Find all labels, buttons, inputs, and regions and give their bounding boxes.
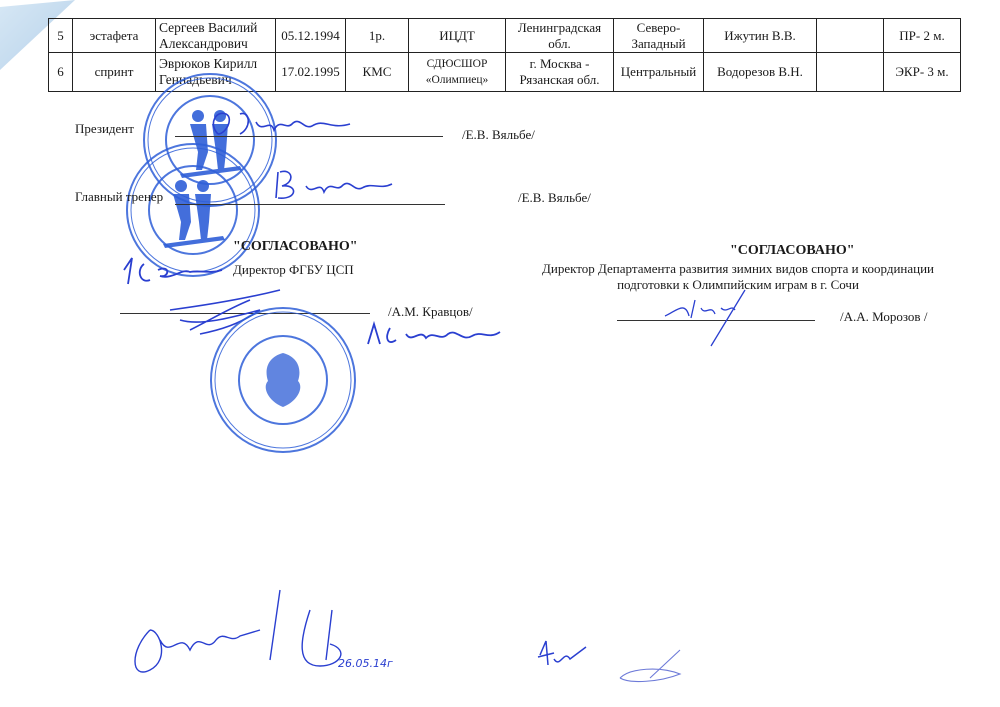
- birth-date: 05.12.1994: [276, 19, 346, 53]
- coach: Ижутин В.В.: [704, 19, 817, 53]
- approval-name-right: /А.А. Морозов /: [840, 309, 927, 325]
- school: СДЮСШОР«Олимпиец»: [409, 53, 506, 92]
- coach: Водорезов В.Н.: [704, 53, 817, 92]
- head-coach-signature-icon: [262, 164, 412, 204]
- row-number: 5: [49, 19, 73, 53]
- table-row: 5 эстафета Сергеев ВасилийАлександрович …: [49, 19, 961, 53]
- rank: КМС: [346, 53, 409, 92]
- rank: 1р.: [346, 19, 409, 53]
- extra-cell: [817, 19, 884, 53]
- approval-heading-right: "СОГЛАСОВАНО": [730, 243, 855, 259]
- kravtsov-signature-icon: [360, 314, 530, 354]
- signature-line: [175, 204, 445, 205]
- athlete-name: Сергеев ВасилийАлександрович: [156, 19, 276, 53]
- president-label: Президент: [75, 121, 134, 137]
- csp-stamp-icon: [208, 305, 358, 455]
- row-number: 6: [49, 53, 73, 92]
- bottom-signature-1-icon: [120, 570, 360, 680]
- result: ЭКР- 3 м.: [884, 53, 961, 92]
- president-signature-icon: [200, 104, 390, 144]
- bottom-signature-2-icon: [530, 635, 590, 675]
- extra-cell: [817, 53, 884, 92]
- school: ИЦДТ: [409, 19, 506, 53]
- head-coach-label: Главный тренер: [75, 189, 163, 205]
- birth-date: 17.02.1995: [276, 53, 346, 92]
- president-name: /Е.В. Вяльбе/: [462, 127, 535, 143]
- region: Ленинградскаяобл.: [506, 19, 614, 53]
- result: ПР- 2 м.: [884, 19, 961, 53]
- head-coach-name: /Е.В. Вяльбе/: [518, 190, 591, 206]
- morozov-signature-icon: [655, 290, 765, 350]
- discipline: эстафета: [73, 19, 156, 53]
- district: Центральный: [614, 53, 704, 92]
- bottom-signature-3-icon: [610, 648, 700, 688]
- handwritten-date: 26.05.14г: [338, 657, 393, 670]
- district: Северо-Западный: [614, 19, 704, 53]
- region: г. Москва -Рязанская обл.: [506, 53, 614, 92]
- approval-position-right-1: Директор Департамента развития зимних ви…: [540, 261, 936, 277]
